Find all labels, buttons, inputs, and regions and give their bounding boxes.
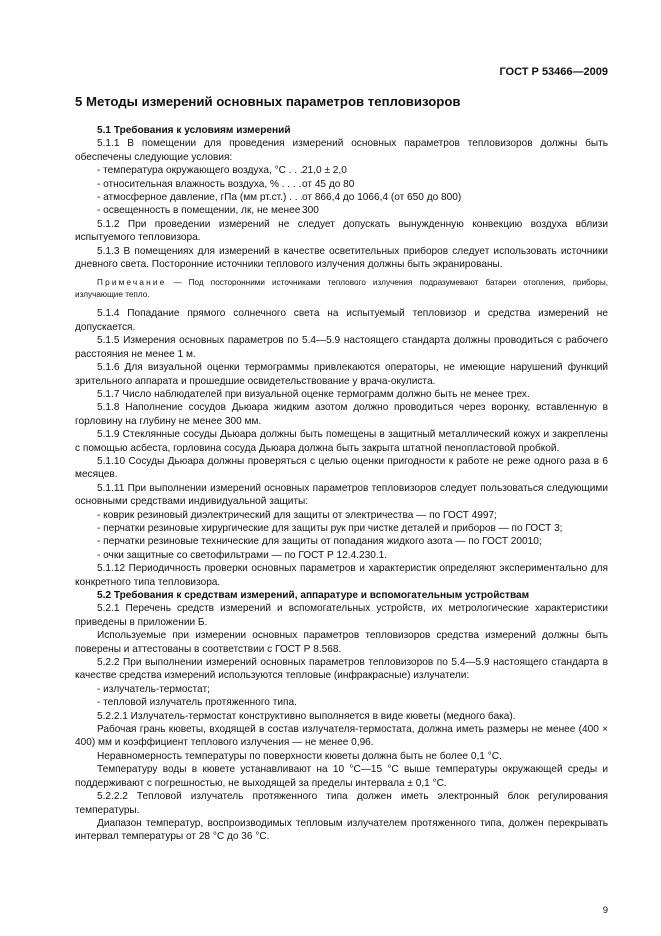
document-body: 5.1 Требования к условиям измерений 5.1.…	[75, 124, 608, 844]
paragraph-5-1-4: 5.1.4 Попадание прямого солнечного света…	[75, 307, 608, 334]
emitter-item: - тепловой излучатель протяженного типа.	[75, 696, 608, 709]
paragraph-5-1-5: 5.1.5 Измерения основных параметров по 5…	[75, 334, 608, 361]
condition-label: - освещенность в помещении, лк, не менее…	[97, 204, 302, 217]
document-header-id: ГОСТ Р 53466—2009	[499, 66, 608, 78]
emitter-item: - излучатель-термостат;	[75, 683, 608, 696]
paragraph-5-1-2: 5.1.2 При проведении измерений не следуе…	[75, 218, 608, 245]
section-title: 5 Методы измерений основных параметров т…	[75, 94, 461, 109]
note-label: Примечание	[97, 278, 166, 287]
paragraph-5-1-12: 5.1.12 Периодичность проверки основных п…	[75, 562, 608, 589]
paragraph-5-1-6: 5.1.6 Для визуальной оценки термограммы …	[75, 361, 608, 388]
condition-row: - температура окружающего воздуха, °С . …	[75, 164, 608, 177]
paragraph-5-1-8: 5.1.8 Наполнение сосудов Дьюара жидким а…	[75, 401, 608, 428]
paragraph-5-2-2: 5.2.2 При выполнении измерений основных …	[75, 656, 608, 683]
subsection-title-5-1: 5.1 Требования к условиям измерений	[75, 124, 608, 137]
paragraph-5-1-9: 5.1.9 Стеклянные сосуды Дьюара должны бы…	[75, 428, 608, 455]
paragraph-5-2-2-2-b: Диапазон температур, воспроизводимых теп…	[75, 817, 608, 844]
paragraph-5-2-1-b: Используемые при измерении основных пара…	[75, 629, 608, 656]
protection-item: - очки защитные со светофильтрами — по Г…	[75, 549, 608, 562]
paragraph-5-2-2-1-b: Рабочая грань кюветы, входящей в состав …	[75, 723, 608, 750]
paragraph-5-2-2-2: 5.2.2.2 Тепловой излучатель протяженного…	[75, 790, 608, 817]
condition-row: - освещенность в помещении, лк, не менее…	[75, 204, 608, 217]
paragraph-5-2-2-1-d: Температуру воды в кювете устанавливают …	[75, 763, 608, 790]
paragraph-5-2-1: 5.2.1 Перечень средств измерений и вспом…	[75, 602, 608, 629]
condition-row: - атмосферное давление, гПа (мм рт.ст.) …	[75, 191, 608, 204]
paragraph-5-1-11: 5.1.11 При выполнении измерений основных…	[75, 482, 608, 509]
protection-item: - перчатки резиновые технические для защ…	[75, 535, 608, 548]
paragraph-5-1-3: 5.1.3 В помещениях для измерений в качес…	[75, 245, 608, 272]
condition-label: - атмосферное давление, гПа (мм рт.ст.) …	[97, 191, 302, 204]
paragraph-5-2-2-1: 5.2.2.1 Излучатель-термостат конструктив…	[75, 710, 608, 723]
note: Примечание — Под посторонними источникам…	[75, 277, 608, 301]
paragraph-5-2-2-1-c: Неравномерность температуры по поверхнос…	[75, 750, 608, 763]
condition-label: - относительная влажность воздуха, % . .…	[97, 178, 302, 191]
subsection-title-5-2: 5.2 Требования к средствам измерений, ап…	[75, 589, 608, 602]
condition-row: - относительная влажность воздуха, % . .…	[75, 178, 608, 191]
condition-value: от 866,4 до 1066,4 (от 650 до 800)	[302, 191, 461, 204]
protection-item: - перчатки резиновые хирургические для з…	[75, 522, 608, 535]
paragraph-5-1-7: 5.1.7 Число наблюдателей при визуальной …	[75, 388, 608, 401]
paragraph-5-1-10: 5.1.10 Сосуды Дьюара должны проверяться …	[75, 455, 608, 482]
protection-item: - коврик резиновый диэлектрический для з…	[75, 509, 608, 522]
condition-value: 21,0 ± 2,0	[302, 164, 347, 177]
condition-value: 300	[302, 204, 319, 217]
condition-label: - температура окружающего воздуха, °С . …	[97, 164, 302, 177]
page-number: 9	[603, 905, 608, 916]
condition-value: от 45 до 80	[302, 178, 354, 191]
paragraph-5-1-1: 5.1.1 В помещении для проведения измерен…	[75, 137, 608, 164]
